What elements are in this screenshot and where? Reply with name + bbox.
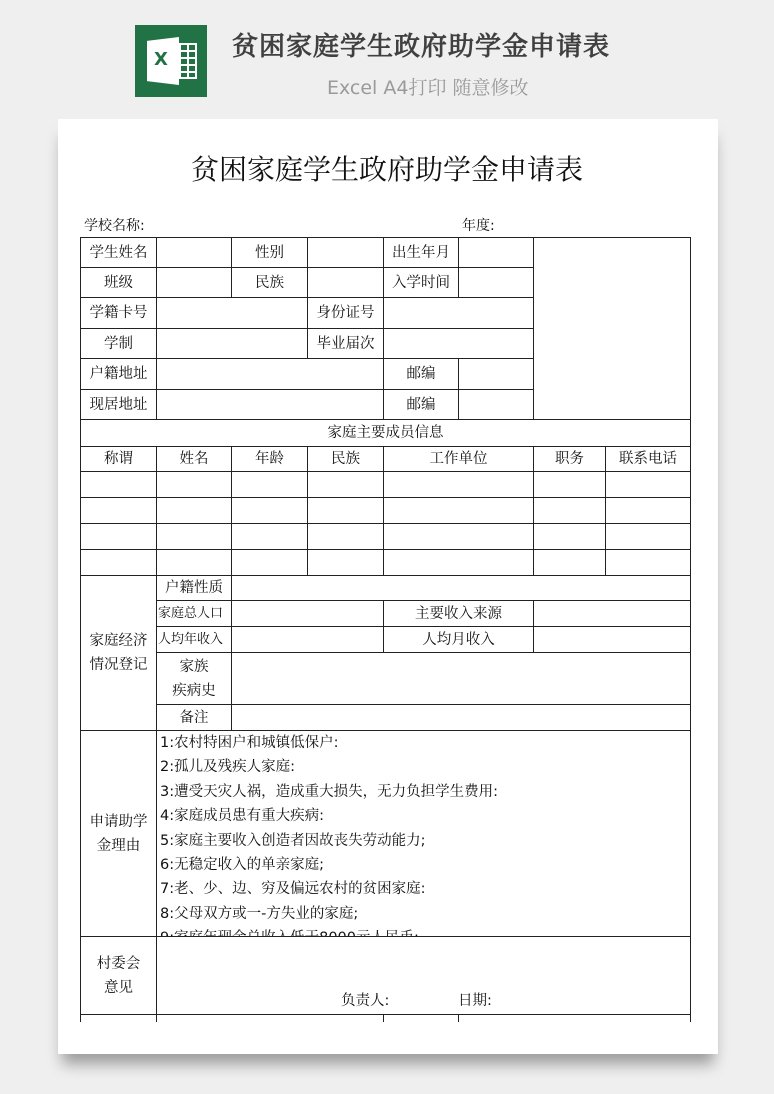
postcode-label-2: 邮编 — [383, 389, 459, 420]
class-field[interactable] — [156, 267, 232, 298]
date-label: 日期: — [458, 989, 492, 1010]
photo-area[interactable] — [533, 237, 691, 420]
birth-label: 出生年月 — [383, 237, 459, 268]
enroll-time-field[interactable] — [458, 267, 534, 298]
family-cell[interactable] — [80, 471, 157, 498]
year-label: 年度: — [462, 215, 495, 235]
cut-line — [690, 1014, 691, 1022]
family-cell[interactable] — [231, 471, 308, 498]
remarks-label: 备注 — [156, 704, 232, 731]
family-cell[interactable] — [383, 497, 534, 524]
student-name-label: 学生姓名 — [80, 237, 157, 268]
reason-item: 3:遭受天灾人祸，造成重大损失，无力负担学生费用: — [160, 780, 690, 804]
reason-item: 2:孤儿及残疾人家庭: — [160, 755, 690, 779]
column-header-relation: 称谓 — [80, 446, 157, 472]
graduation-field[interactable] — [383, 328, 534, 359]
reasons-label: 申请助学 金理由 — [80, 730, 157, 937]
student-name-field[interactable] — [156, 237, 232, 268]
family-size-label: 家庭总人口 — [156, 600, 232, 627]
cut-line — [383, 1014, 384, 1022]
family-cell[interactable] — [156, 497, 232, 524]
family-cell[interactable] — [383, 471, 534, 498]
cut-line — [156, 1014, 157, 1022]
gender-field[interactable] — [307, 237, 384, 268]
column-header-name: 姓名 — [156, 446, 232, 472]
family-cell[interactable] — [231, 549, 308, 576]
family-cell[interactable] — [383, 523, 534, 550]
document-title: 贫困家庭学生政府助学金申请表 — [0, 148, 774, 188]
excel-sheet-shape: X — [147, 37, 179, 85]
next-row-top-border — [80, 1014, 691, 1023]
reason-item: 6:无稳定收入的单亲家庭; — [160, 853, 690, 877]
village-label-line1: 村委会 — [97, 952, 141, 976]
family-cell[interactable] — [156, 523, 232, 550]
excel-grid-shape — [179, 43, 197, 79]
village-opinion-label: 村委会 意见 — [80, 936, 157, 1015]
annual-income-field[interactable] — [231, 626, 384, 653]
student-card-label: 学籍卡号 — [80, 297, 157, 329]
cut-line — [458, 1014, 459, 1022]
banner-subtitle: Excel A4打印 随意修改 — [327, 73, 529, 100]
school-system-label: 学制 — [80, 328, 157, 359]
reason-item: 1:农村特困户和城镇低保户: — [160, 731, 690, 755]
family-cell[interactable] — [80, 549, 157, 576]
reason-item: 5:家庭主要收入创造者因故丧失劳动能力; — [160, 829, 690, 853]
banner-title: 贫困家庭学生政府助学金申请表 — [232, 26, 610, 63]
remarks-field[interactable] — [231, 704, 691, 731]
postcode-field-2[interactable] — [458, 389, 534, 420]
family-cell[interactable] — [533, 471, 606, 498]
reasons-label-line2: 金理由 — [97, 834, 141, 858]
village-opinion-field[interactable] — [156, 936, 691, 1015]
id-number-field[interactable] — [383, 297, 534, 329]
postcode-label-1: 邮编 — [383, 358, 459, 390]
ethnicity-label: 民族 — [231, 267, 308, 298]
reason-item: 7:老、少、边、穷及偏远农村的贫困家庭: — [160, 877, 690, 901]
column-header-workplace: 工作单位 — [383, 446, 534, 472]
reasons-list: 1:农村特困户和城镇低保户: 2:孤儿及残疾人家庭: 3:遭受天灾人祸，造成重大… — [157, 731, 690, 936]
disease-label-line2: 疾病史 — [172, 679, 216, 703]
disease-label-line1: 家族 — [180, 655, 209, 679]
postcode-field-1[interactable] — [458, 358, 534, 390]
reason-item: 4:家庭成员患有重大疾病: — [160, 804, 690, 828]
column-header-phone: 联系电话 — [605, 446, 691, 472]
family-cell[interactable] — [80, 523, 157, 550]
annual-income-label: 人均年收入 — [156, 626, 232, 653]
hukou-type-label: 户籍性质 — [156, 575, 232, 601]
column-header-age: 年龄 — [231, 446, 308, 472]
economy-label-line2: 情况登记 — [90, 653, 148, 677]
family-cell[interactable] — [533, 523, 606, 550]
family-size-field[interactable] — [231, 600, 384, 627]
cut-line — [80, 1014, 81, 1022]
gender-label: 性别 — [231, 237, 308, 268]
family-cell[interactable] — [307, 523, 384, 550]
hukou-address-label: 户籍地址 — [80, 358, 157, 390]
reason-item: 8:父母双方或一-方失业的家庭; — [160, 902, 690, 926]
family-cell[interactable] — [80, 497, 157, 524]
family-cell[interactable] — [383, 549, 534, 576]
ethnicity-field[interactable] — [307, 267, 384, 298]
family-cell[interactable] — [533, 549, 606, 576]
column-header-ethnicity: 民族 — [307, 446, 384, 472]
current-address-label: 现居地址 — [80, 389, 157, 420]
family-cell[interactable] — [533, 497, 606, 524]
column-header-position: 职务 — [533, 446, 606, 472]
graduation-label: 毕业届次 — [307, 328, 384, 359]
enroll-time-label: 入学时间 — [383, 267, 459, 298]
disease-history-field[interactable] — [231, 652, 691, 705]
family-cell[interactable] — [231, 497, 308, 524]
birth-field[interactable] — [458, 237, 534, 268]
responsible-person-label: 负责人: — [341, 989, 389, 1010]
main-income-field[interactable] — [533, 600, 691, 627]
family-section-title: 家庭主要成员信息 — [80, 419, 691, 447]
school-name-label: 学校名称: — [84, 215, 145, 235]
excel-letter: X — [154, 49, 168, 70]
family-cell[interactable] — [605, 549, 691, 576]
family-cell[interactable] — [231, 523, 308, 550]
economy-label-line1: 家庭经济 — [90, 629, 148, 653]
monthly-income-field[interactable] — [533, 626, 691, 653]
current-address-field[interactable] — [156, 389, 384, 420]
family-cell[interactable] — [307, 497, 384, 524]
family-cell[interactable] — [307, 549, 384, 576]
family-cell[interactable] — [605, 471, 691, 498]
reasons-label-line1: 申请助学 — [90, 810, 148, 834]
village-label-line2: 意见 — [104, 976, 133, 1000]
student-card-field[interactable] — [156, 297, 308, 329]
economy-section-label: 家庭经济 情况登记 — [80, 575, 157, 731]
family-cell[interactable] — [156, 549, 232, 576]
family-cell[interactable] — [605, 497, 691, 524]
family-cell[interactable] — [605, 523, 691, 550]
class-label: 班级 — [80, 267, 157, 298]
school-system-field[interactable] — [156, 328, 308, 359]
hukou-type-field[interactable] — [231, 575, 691, 601]
excel-icon: X — [135, 25, 207, 97]
id-number-label: 身份证号 — [307, 297, 384, 329]
family-cell[interactable] — [307, 471, 384, 498]
hukou-address-field[interactable] — [156, 358, 384, 390]
main-income-label: 主要收入来源 — [383, 600, 534, 627]
disease-history-label: 家族 疾病史 — [156, 652, 232, 705]
monthly-income-label: 人均月收入 — [383, 626, 534, 653]
family-cell[interactable] — [156, 471, 232, 498]
